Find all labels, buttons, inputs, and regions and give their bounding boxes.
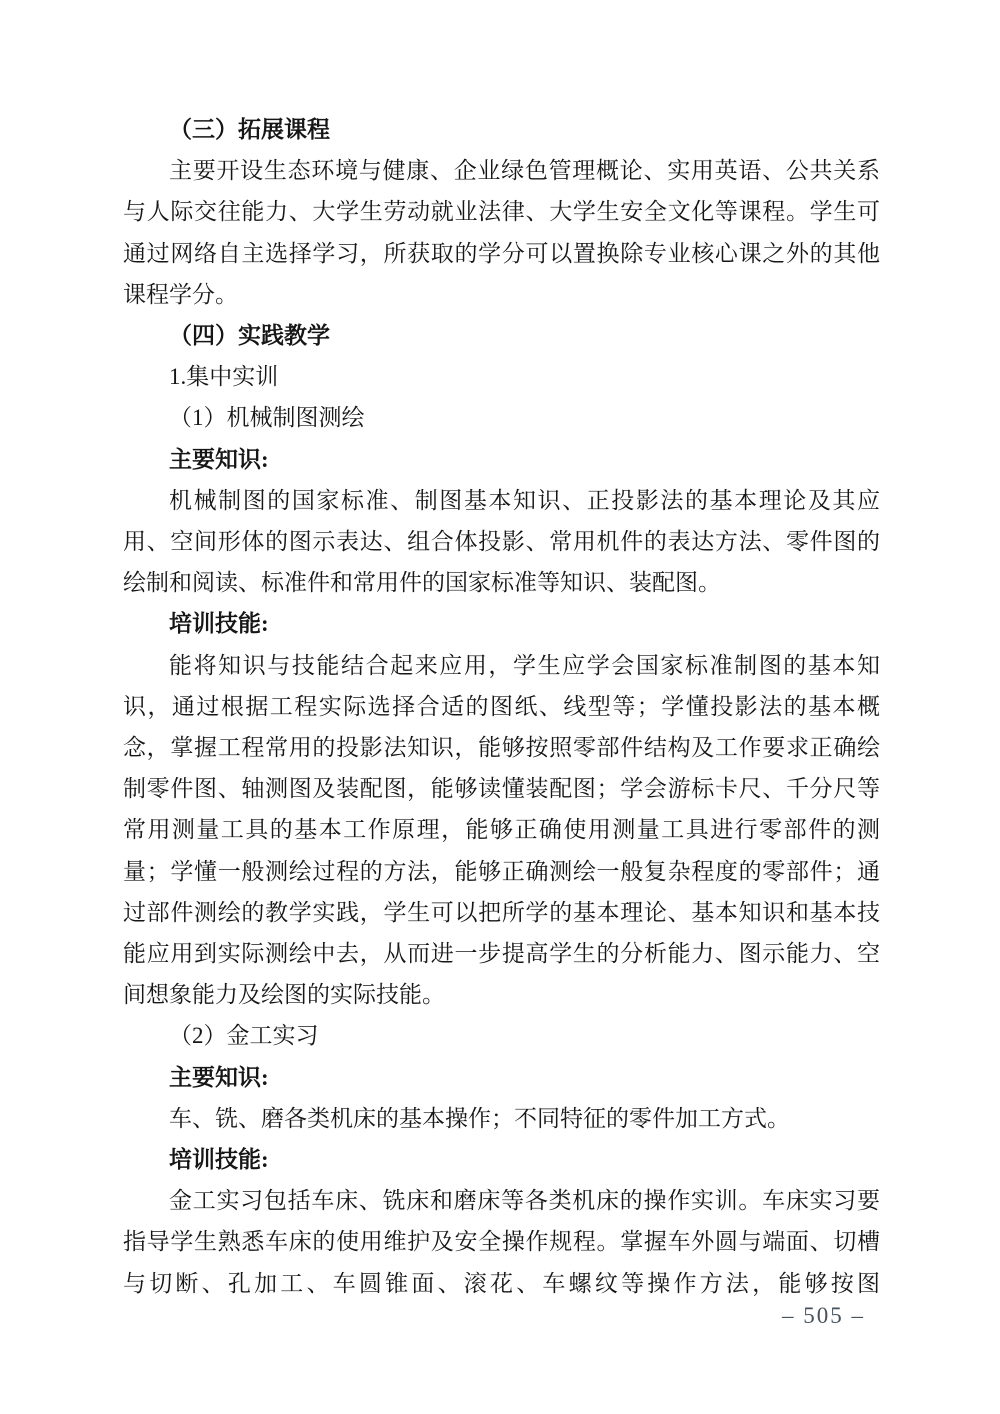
- section-heading-practical-teaching: （四）实践教学: [123, 315, 880, 356]
- paragraph-main-knowledge-2: 车、铣、磨各类机床的基本操作；不同特征的零件加工方式。: [123, 1098, 880, 1139]
- document-page: （三）拓展课程 主要开设生态环境与健康、企业绿色管理概论、实用英语、公共关系与人…: [0, 0, 1000, 1414]
- label-main-knowledge-1: 主要知识:: [123, 439, 880, 480]
- label-training-skills-1: 培训技能:: [123, 603, 880, 644]
- paragraph-extension-courses: 主要开设生态环境与健康、企业绿色管理概论、实用英语、公共关系与人际交往能力、大学…: [123, 150, 880, 315]
- page-number: – 505 –: [782, 1301, 865, 1331]
- paragraph-training-skills-1: 能将知识与技能结合起来应用，学生应学会国家标准制图的基本知识，通过根据工程实际选…: [123, 645, 880, 1016]
- paragraph-main-knowledge-1: 机械制图的国家标准、制图基本知识、正投影法的基本理论及其应用、空间形体的图示表达…: [123, 480, 880, 604]
- paragraph-training-skills-2: 金工实习包括车床、铣床和磨床等各类机床的操作实训。车床实习要指导学生熟悉车床的使…: [123, 1180, 880, 1304]
- label-training-skills-2: 培训技能:: [123, 1139, 880, 1180]
- document-body: （三）拓展课程 主要开设生态环境与健康、企业绿色管理概论、实用英语、公共关系与人…: [123, 109, 880, 1304]
- subitem-centralized-training: 1.集中实训: [123, 356, 880, 397]
- label-main-knowledge-2: 主要知识:: [123, 1057, 880, 1098]
- section-heading-extension-courses: （三）拓展课程: [123, 109, 880, 150]
- subitem-metalworking-practice: （2）金工实习: [123, 1015, 880, 1056]
- subitem-mechanical-drawing-surveying: （1）机械制图测绘: [123, 397, 880, 438]
